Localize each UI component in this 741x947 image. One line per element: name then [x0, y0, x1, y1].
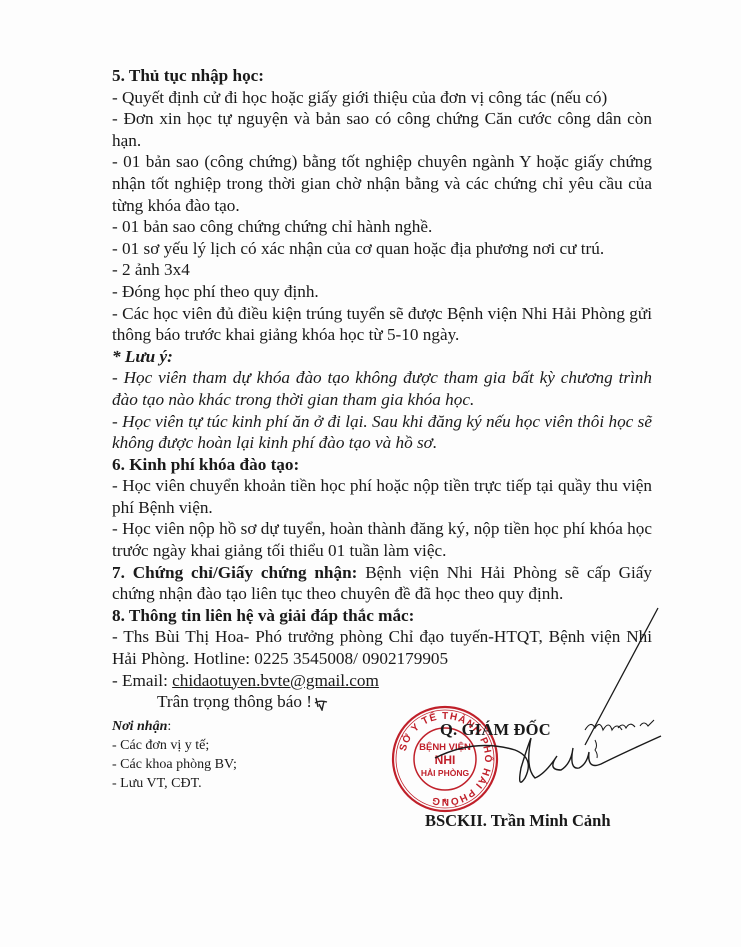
- recipients-heading: Nơi nhận:: [112, 717, 237, 736]
- closing-text: Trân trọng thông báo !: [157, 692, 312, 711]
- contact-info: - Ths Bùi Thị Hoa- Phó trưởng phòng Chỉ …: [112, 626, 652, 669]
- note-label: * Lưu ý:: [112, 346, 652, 368]
- signature-block: SỞ Y TẾ THÀNH PHỐ HẢI PHÒNG BỆNH VIỆN NH…: [390, 690, 710, 840]
- list-item: - Đơn xin học tự nguyện và bản sao có cô…: [112, 108, 652, 151]
- list-item: - 01 bản sao (công chứng) bằng tốt nghiệ…: [112, 151, 652, 216]
- note-item: - Học viên tự túc kinh phí ăn ở đi lại. …: [112, 411, 652, 454]
- list-item: - Quyết định cử đi học hoặc giấy giới th…: [112, 87, 652, 109]
- section-7-heading: 7. Chứng chỉ/Giấy chứng nhận:: [112, 563, 357, 582]
- recipients-block: Nơi nhận: - Các đơn vị y tế; - Các khoa …: [112, 717, 237, 793]
- list-item: - Học viên nộp hồ sơ dự tuyển, hoàn thàn…: [112, 518, 652, 561]
- section-7-paragraph: 7. Chứng chỉ/Giấy chứng nhận: Bệnh viện …: [112, 562, 652, 605]
- svg-text:HẢI PHÒNG: HẢI PHÒNG: [421, 767, 470, 778]
- list-item: - 01 bản sao công chứng chứng chỉ hành n…: [112, 216, 652, 238]
- list-item: - 01 sơ yếu lý lịch có xác nhận của cơ q…: [112, 238, 652, 260]
- email-link[interactable]: chidaotuyen.bvte@gmail.com: [172, 671, 379, 690]
- recipient-item: - Các đơn vị y tế;: [112, 736, 237, 755]
- signer-title: Q. GIÁM ĐỐC: [440, 720, 551, 740]
- section-5-heading: 5. Thủ tục nhập học:: [112, 65, 652, 87]
- recipient-item: - Lưu VT, CĐT.: [112, 774, 237, 793]
- recipient-item: - Các khoa phòng BV;: [112, 755, 237, 774]
- svg-text:BỆNH VIỆN: BỆNH VIỆN: [419, 741, 471, 753]
- document-page: 5. Thủ tục nhập học: - Quyết định cử đi …: [0, 0, 741, 947]
- signer-name: BSCKII. Trần Minh Cảnh: [425, 811, 611, 831]
- email-label: - Email:: [112, 671, 172, 690]
- section-8-heading: 8. Thông tin liên hệ và giải đáp thắc mắ…: [112, 605, 652, 627]
- list-item: - 2 ảnh 3x4: [112, 259, 652, 281]
- list-item: - Học viên chuyển khoản tiền học phí hoặ…: [112, 475, 652, 518]
- list-item: - Đóng học phí theo quy định.: [112, 281, 652, 303]
- note-item: - Học viên tham dự khóa đào tạo không đư…: [112, 367, 652, 410]
- recipients-label: Nơi nhận: [112, 719, 167, 734]
- document-body: 5. Thủ tục nhập học: - Quyết định cử đi …: [112, 65, 652, 713]
- svg-text:NHI: NHI: [435, 753, 456, 767]
- email-line: - Email: chidaotuyen.bvte@gmail.com: [112, 670, 652, 692]
- initial-mark-icon: [314, 695, 328, 711]
- list-item: - Các học viên đủ điều kiện trúng tuyển …: [112, 303, 652, 346]
- section-6-heading: 6. Kinh phí khóa đào tạo:: [112, 454, 652, 476]
